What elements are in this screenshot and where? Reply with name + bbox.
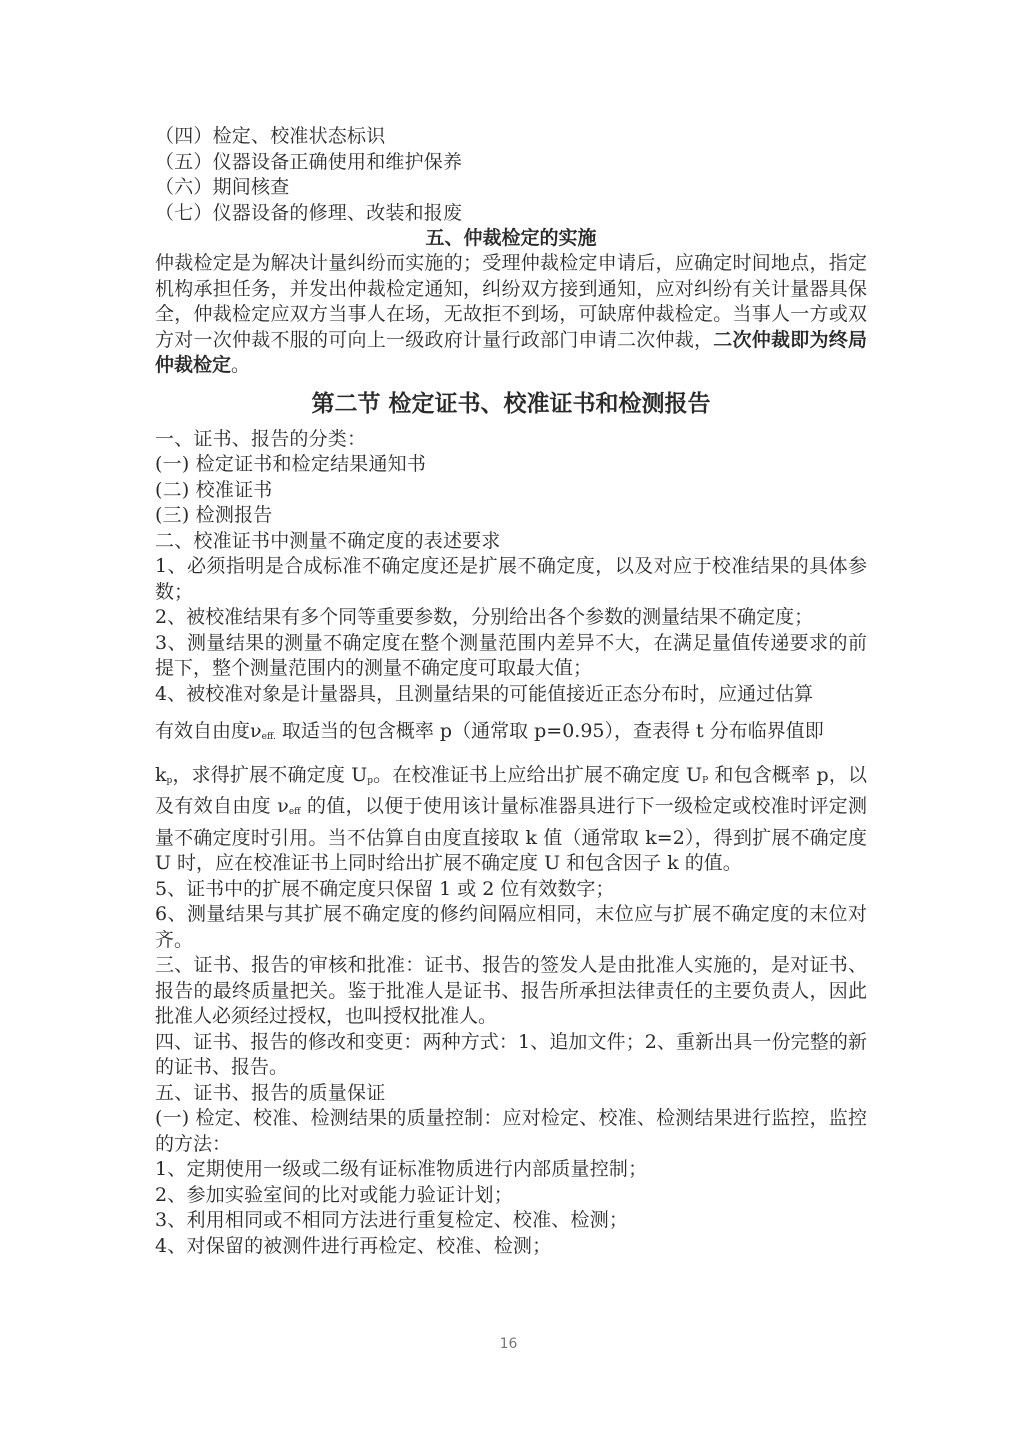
list-item: (二) 校准证书: [155, 478, 867, 504]
uncertainty-item-2: 2、被校准结果有多个同等重要参数，分别给出各个参数的测量结果不确定度；: [155, 605, 867, 631]
arbitration-paragraph: 仲裁检定是为解决计量纠纷而实施的；受理仲裁检定申请后，应确定时间地点，指定机构承…: [155, 251, 867, 379]
uncertainty-heading: 二、校准证书中测量不确定度的表述要求: [155, 529, 867, 555]
list-item: (一) 检定证书和检定结果通知书: [155, 452, 867, 478]
classification-heading: 一、证书、报告的分类：: [155, 427, 867, 453]
uncertainty-item-3: 3、测量结果的测量不确定度在整个测量范围内差异不大，在满足量值传递要求的前提下，…: [155, 631, 867, 682]
list-item: (三) 检测报告: [155, 503, 867, 529]
list-item: （四）检定、校准状态标识: [155, 124, 867, 150]
list-item: （五）仪器设备正确使用和维护保养: [155, 150, 867, 176]
list-item: 1、定期使用一级或二级有证标准物质进行内部质量控制；: [155, 1157, 867, 1183]
section-title: 第二节 检定证书、校准证书和检测报告: [155, 389, 867, 419]
list-item: （六）期间核查: [155, 175, 867, 201]
uncertainty-item-6: 6、测量结果与其扩展不确定度的修约间隔应相同，末位应与扩展不确定度的末位对齐。: [155, 902, 867, 953]
uncertainty-item-4-line1: 4、被校准对象是计量器具，且测量结果的可能值接近正态分布时，应通过估算: [155, 682, 867, 708]
list-item: 3、利用相同或不相同方法进行重复检定、校准、检测；: [155, 1208, 867, 1234]
uncertainty-item-4-line2: 有效自由度νeff. 取适当的包含概率 p（通常取 p=0.95），查表得 t …: [155, 719, 867, 751]
document-page: （四）检定、校准状态标识 （五）仪器设备正确使用和维护保养 （六）期间核查 （七…: [155, 124, 867, 1259]
uncertainty-item-5: 5、证书中的扩展不确定度只保留 1 或 2 位有效数字；: [155, 877, 867, 903]
list-item: 4、对保留的被测件进行再检定、校准、检测；: [155, 1234, 867, 1260]
quality-control-paragraph: (一) 检定、校准、检测结果的质量控制：应对检定、校准、检测结果进行监控，监控的…: [155, 1106, 867, 1157]
list-item: （七）仪器设备的修理、改装和报废: [155, 201, 867, 227]
quality-heading: 五、证书、报告的质量保证: [155, 1081, 867, 1107]
arbitration-heading: 五、仲裁检定的实施: [155, 226, 867, 251]
page-number: 16: [0, 1336, 1017, 1352]
list-item: 2、参加实验室间的比对或能力验证计划；: [155, 1183, 867, 1209]
uncertainty-item-4-rest: kp，求得扩展不确定度 Up。在校准证书上应给出扩展不确定度 UP 和包含概率 …: [155, 763, 867, 877]
review-paragraph: 三、证书、报告的审核和批准：证书、报告的签发人是由批准人实施的，是对证书、报告的…: [155, 953, 867, 1030]
modification-paragraph: 四、证书、报告的修改和变更：两种方式：1、追加文件；2、重新出具一份完整的新的证…: [155, 1030, 867, 1081]
uncertainty-item-1: 1、必须指明是合成标准不确定度还是扩展不确定度，以及对应于校准结果的具体参数；: [155, 554, 867, 605]
